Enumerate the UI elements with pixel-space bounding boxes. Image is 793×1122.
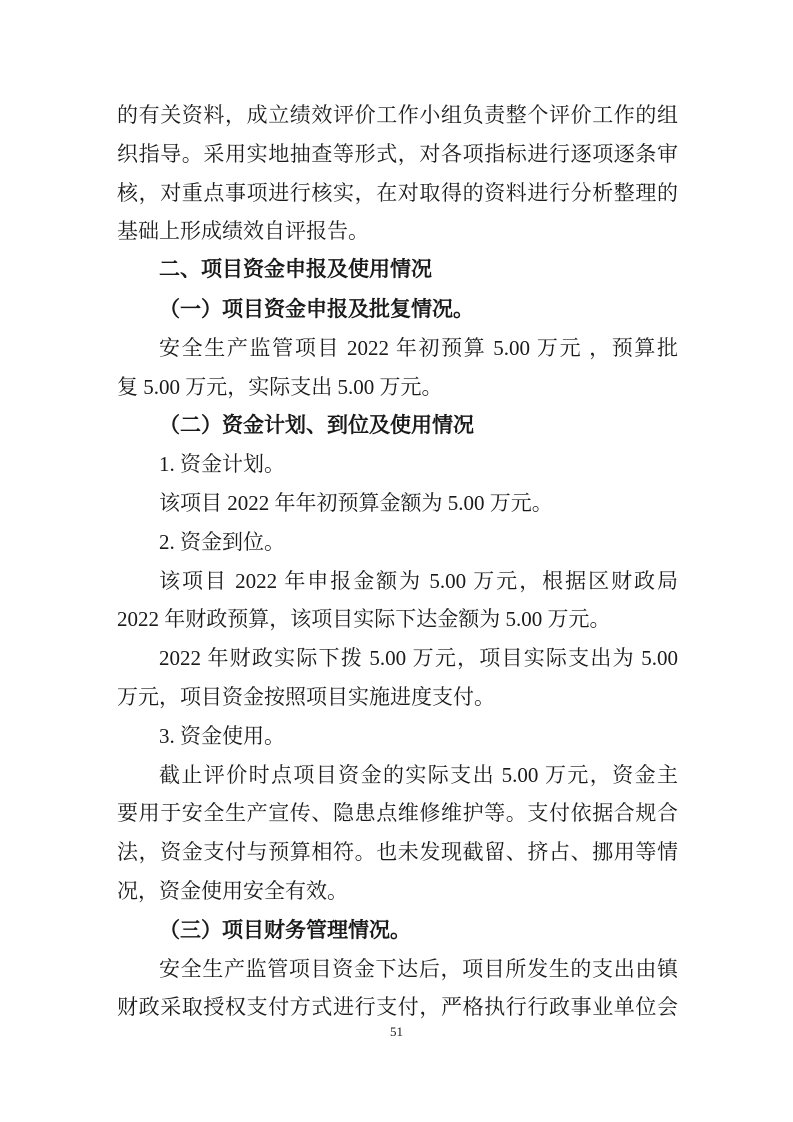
text-line: 织指导。采用实地抽查等形式，对各项指标进行逐项逐条审 bbox=[117, 135, 678, 174]
list-item-2: 2. 资金到位。 bbox=[117, 523, 678, 562]
document-page: 的有关资料，成立绩效评价工作小组负责整个评价工作的组 织指导。采用实地抽查等形式… bbox=[0, 0, 793, 1122]
text-line: 核，对重点事项进行核实，在对取得的资料进行分析整理的 bbox=[117, 174, 678, 213]
text-line: 截止评价时点项目资金的实际支出 5.00 万元，资金主 bbox=[117, 756, 678, 795]
text-line: 安全生产监管项目 2022 年初预算 5.00 万元 ，预算批 bbox=[117, 329, 678, 368]
text-line: 的有关资料，成立绩效评价工作小组负责整个评价工作的组 bbox=[117, 96, 678, 135]
text-line: 基础上形成绩效自评报告。 bbox=[117, 212, 678, 251]
text-line: 该项目 2022 年年初预算金额为 5.00 万元。 bbox=[117, 484, 678, 523]
document-body: 的有关资料，成立绩效评价工作小组负责整个评价工作的组 织指导。采用实地抽查等形式… bbox=[117, 96, 678, 1027]
text-line: 复 5.00 万元，实际支出 5.00 万元。 bbox=[117, 368, 678, 407]
text-line: 财政采取授权支付方式进行支付，严格执行行政事业单位会 bbox=[117, 988, 678, 1027]
subheading-1: （一）项目资金申报及批复情况。 bbox=[117, 290, 678, 329]
text-line: 该项目 2022 年申报金额为 5.00 万元，根据区财政局 bbox=[117, 562, 678, 601]
text-line: 2022 年财政预算，该项目实际下达金额为 5.00 万元。 bbox=[117, 600, 678, 639]
text-line: 万元，项目资金按照项目实施进度支付。 bbox=[117, 678, 678, 717]
heading-section-two: 二、项目资金申报及使用情况 bbox=[117, 251, 678, 290]
list-item-1: 1. 资金计划。 bbox=[117, 445, 678, 484]
text-line: 要用于安全生产宣传、隐患点维修维护等。支付依据合规合 bbox=[117, 794, 678, 833]
subheading-2: （二）资金计划、到位及使用情况 bbox=[117, 406, 678, 445]
subheading-3: （三）项目财务管理情况。 bbox=[117, 911, 678, 950]
list-item-3: 3. 资金使用。 bbox=[117, 717, 678, 756]
text-line: 2022 年财政实际下拨 5.00 万元，项目实际支出为 5.00 bbox=[117, 639, 678, 678]
page-number: 51 bbox=[0, 1024, 793, 1040]
text-line: 况，资金使用安全有效。 bbox=[117, 872, 678, 911]
text-line: 法，资金支付与预算相符。也未发现截留、挤占、挪用等情 bbox=[117, 833, 678, 872]
text-line: 安全生产监管项目资金下达后，项目所发生的支出由镇 bbox=[117, 950, 678, 989]
